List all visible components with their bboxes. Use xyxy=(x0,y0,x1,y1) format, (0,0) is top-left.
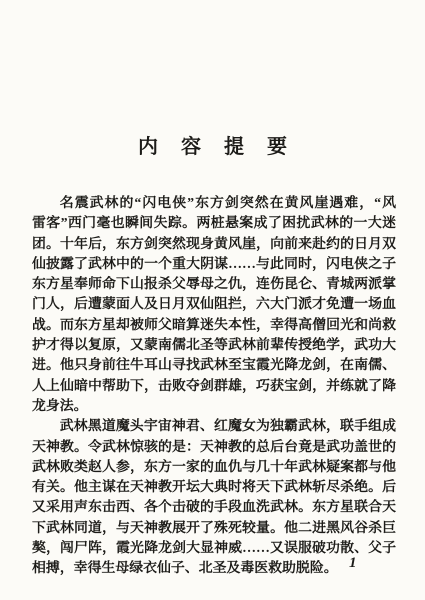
text-line: 相搏，幸得生母绿衣仙子、北圣及毒医救助脱险。 xyxy=(32,559,396,579)
text-line: 龙身法。 xyxy=(32,397,396,417)
text-line: 护才得以复原，又蒙南儒北圣等武林前辈传授绝学，武功大 xyxy=(32,336,396,356)
page-number: 1 xyxy=(349,555,357,572)
page-title: 内 容 提 要 xyxy=(0,130,425,159)
text-line: 雷客”西门毫也瞬间失踪。两桩悬案成了困扰武林的一大迷 xyxy=(32,214,396,234)
text-line: 武林黑道魔头宇宙神君、红魔女为独霸武林，联手组成 xyxy=(32,417,396,437)
text-line: 仙披露了武林中的一个重大阴谋……与此同时，闪电侠之子 xyxy=(32,255,396,275)
text-line: 又采用声东击西、各个击破的手段血洗武林。东方星联合天 xyxy=(32,498,396,518)
text-line: 进。他只身前往牛耳山寻找武林至宝霞光降龙剑，在南儒、 xyxy=(32,356,396,376)
text-line: 团。十年后，东方剑突然现身黄风崖，向前来赴约的日月双 xyxy=(32,235,396,255)
book-page: 内 容 提 要 名震武林的“闪电侠”东方剑突然在黄风崖遇难，“风雷客”西门毫也瞬… xyxy=(0,0,425,600)
text-line: 獒，闯尸阵，霞光降龙剑大显神威……又误服破功散、父子 xyxy=(32,539,396,559)
text-line: 有关。他主谋在天神教开坛大典时将天下武林斩尽杀绝。后 xyxy=(32,478,396,498)
text-line: 战。而东方星却被师父暗算迷失本性，幸得高僧回光和尚救 xyxy=(32,316,396,336)
summary-text: 名震武林的“闪电侠”东方剑突然在黄风崖遇难，“风雷客”西门毫也瞬间失踪。两桩悬案… xyxy=(32,194,396,580)
text-line: 人上仙暗中帮助下，击败夺剑群雄，巧获宝剑，并练就了降 xyxy=(32,377,396,397)
text-line: 下武林同道，与天神教展开了殊死较量。他二进黑风谷杀巨 xyxy=(32,519,396,539)
text-line: 名震武林的“闪电侠”东方剑突然在黄风崖遇难，“风 xyxy=(32,194,396,214)
text-line: 天神教。令武林惊骇的是：天神教的总后台竟是武功盖世的 xyxy=(32,438,396,458)
text-line: 门人，后遭蒙面人及日月双仙阻拦，六大门派才免遭一场血 xyxy=(32,295,396,315)
text-line: 东方星奉师命下山报杀父辱母之仇，连伤昆仑、青城两派掌 xyxy=(32,275,396,295)
text-line: 武林败类赵人参，东方一家的血仇与几十年武林疑案都与他 xyxy=(32,458,396,478)
